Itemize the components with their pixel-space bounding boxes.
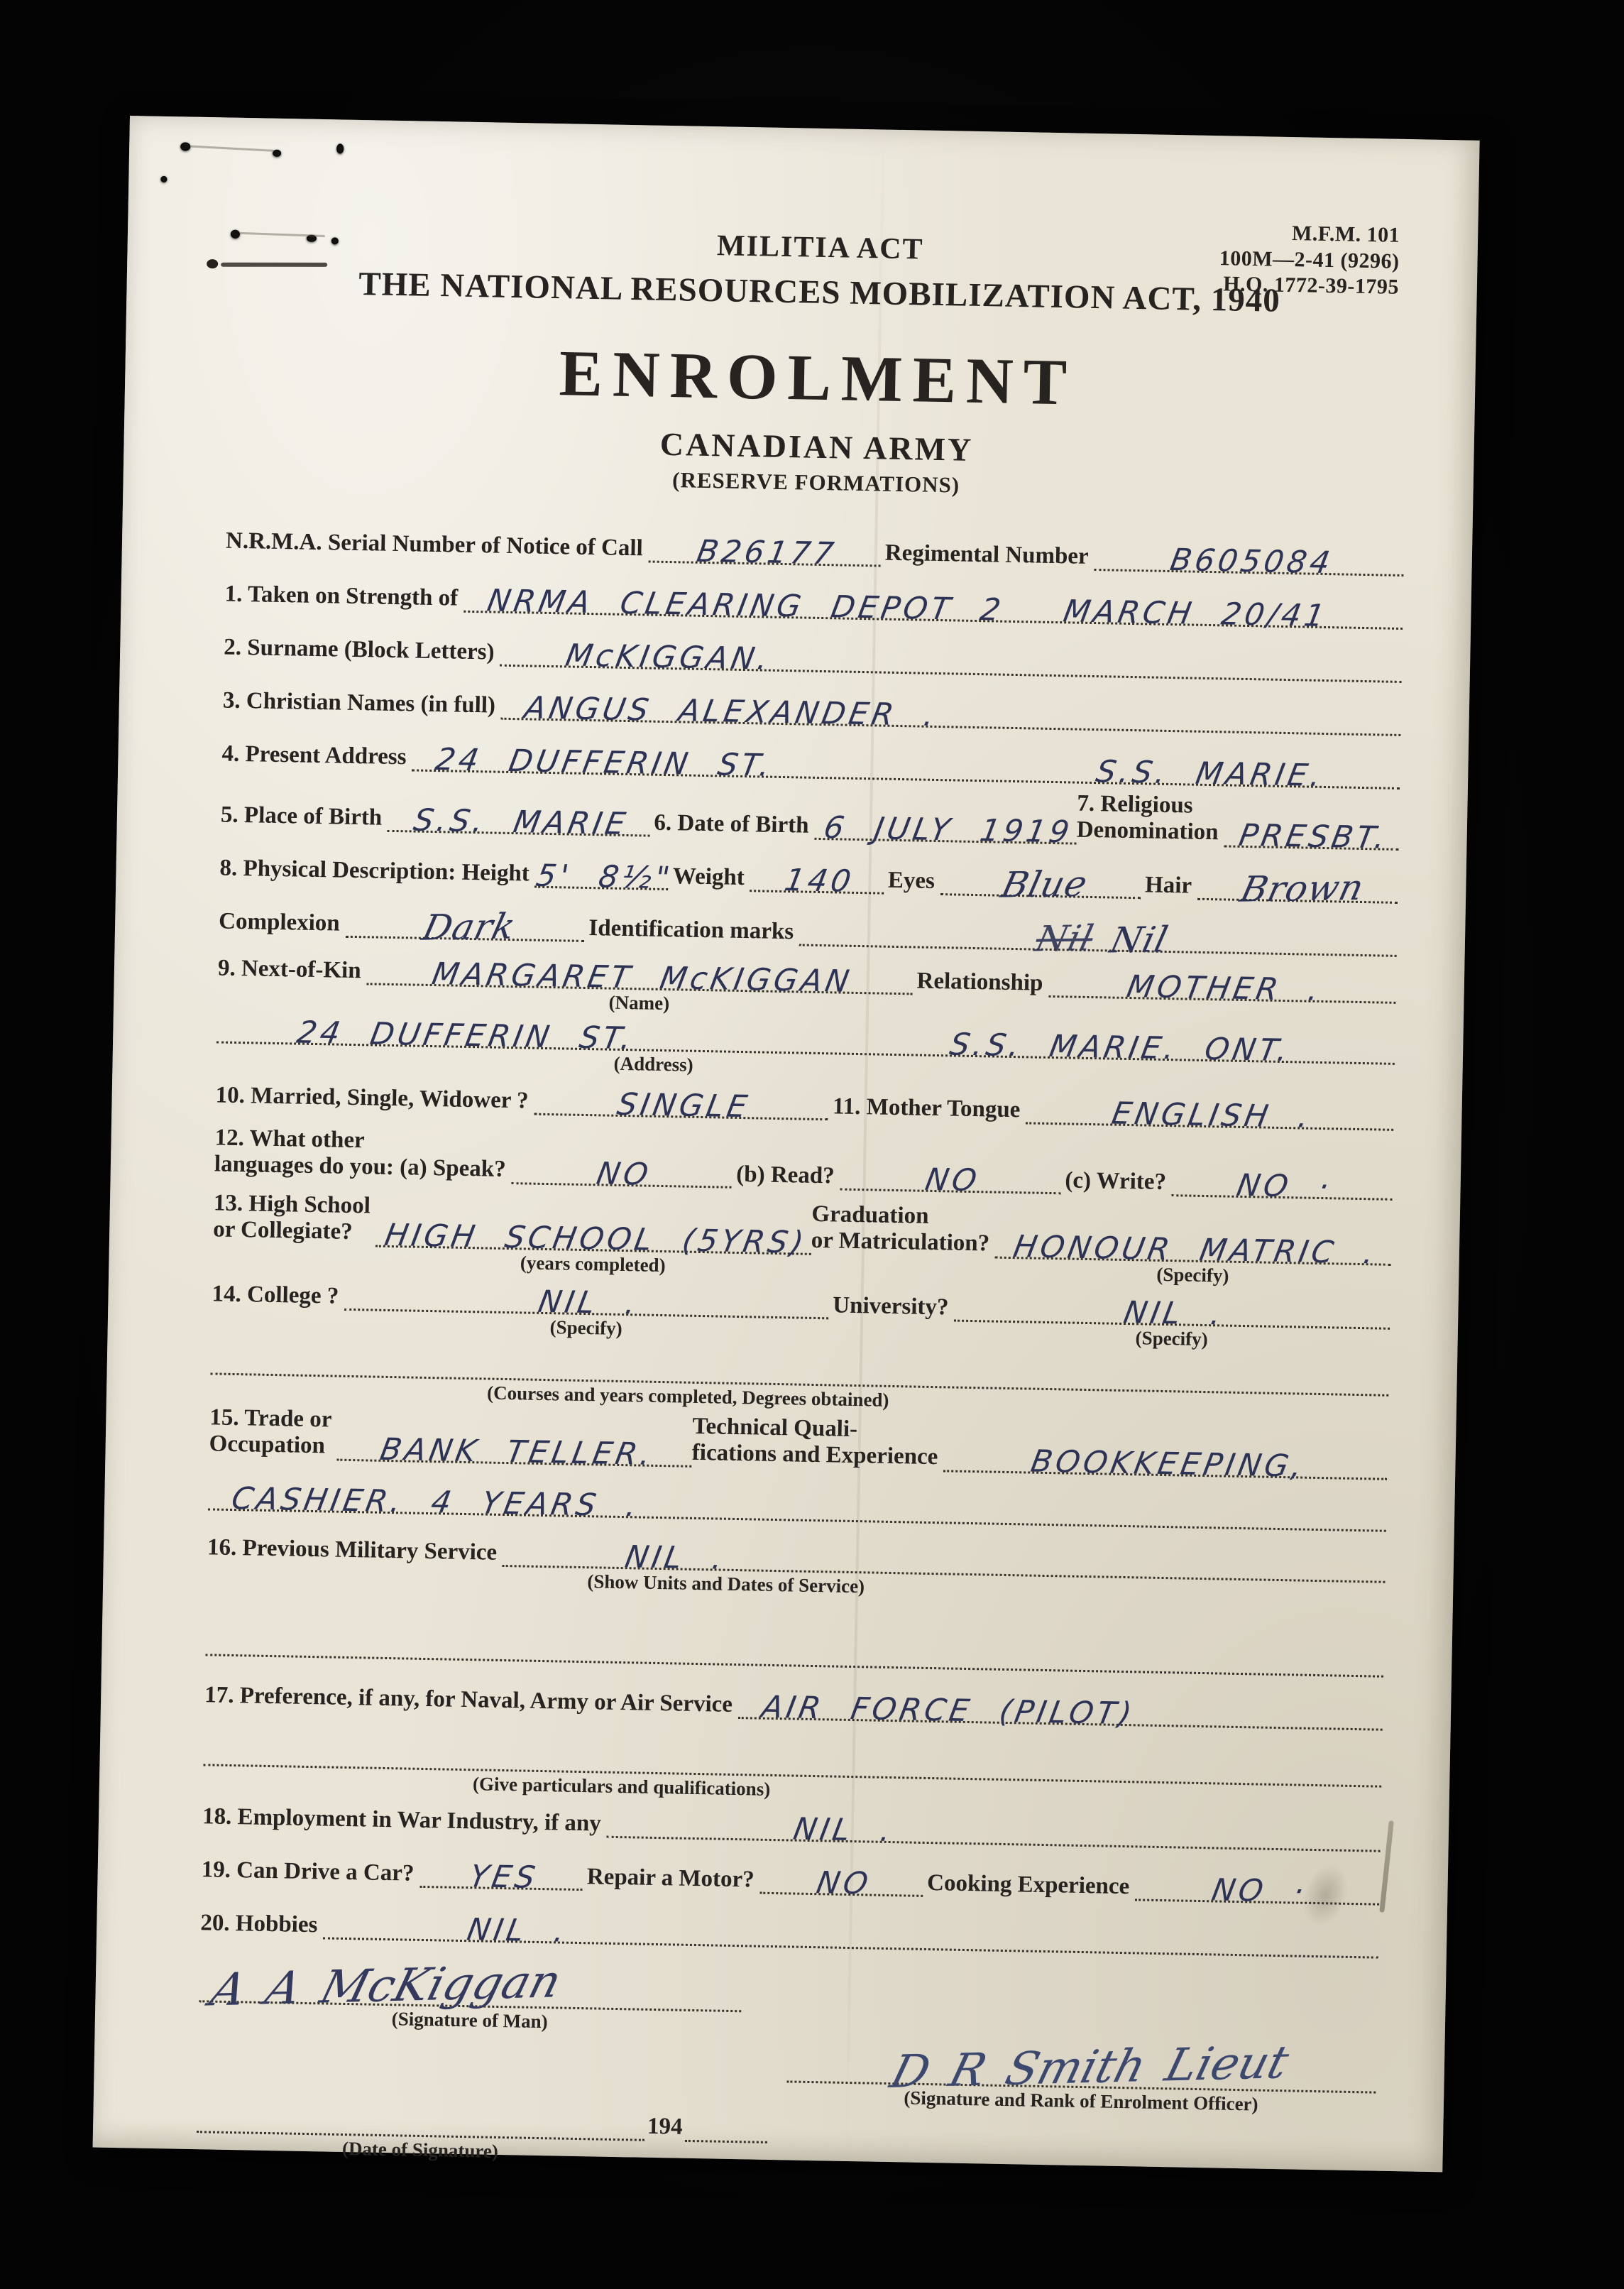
field-8-eyes-label: Eyes [884,868,941,895]
field-13-grad-label-line2: or Matriculation? [811,1228,989,1257]
field-18-label: 18. Employment in War Industry, if any [202,1804,607,1837]
field-8-weight-field: 140 [750,857,884,894]
field-3-label: 3. Christian Names (in full) [223,689,502,720]
field-15-continuation-value: CASHIER. 4 YEARS . [229,1484,642,1522]
field-20-value: NIL . [465,1915,571,1947]
blank-line-row [205,1625,1384,1677]
field-20-field: NIL . [323,1904,1379,1958]
identification-marks-field: Nil Nil [799,911,1398,956]
field-12-read-value: NO [923,1165,983,1196]
field-14-label: 14. College ? [212,1282,345,1338]
field-14-university-value: NIL . [1121,1298,1227,1330]
regimental-number-label: Regimental Number [880,541,1094,571]
complexion-label: Complexion [219,909,346,938]
field-13-school-value: HIGH SCHOOL (5YRS) [383,1220,809,1259]
field-1-unit-value: NRMA CLEARING DEPOT 2 [485,586,1006,625]
field-7-label-line2: Denomination [1076,817,1219,846]
field-19-cook-value: NO · [1209,1875,1310,1907]
field-5-field: S.S. MARIE [388,797,650,837]
date-of-signature-cell: (Date of Signature) [196,2102,644,2170]
form-code-print-run: 100M—2-41 (9296) [1219,246,1399,275]
field-13-school-field: HIGH SCHOOL (5YRS) [375,1214,811,1255]
field-8-height-value: 5' 8½" [534,861,675,894]
field-19-row: 19. Can Drive a Car? YES Repair a Motor?… [201,1849,1380,1905]
field-16-cell: NIL . (Show Units and Dates of Service) [502,1534,1386,1612]
field-14-college-value: NIL . [536,1287,642,1319]
field-15-tech-label-line1: Technical Quali- [692,1414,857,1443]
field-9-relationship-field: MOTHER . [1048,965,1396,1004]
field-19-motor-field: NO [759,1859,923,1896]
field-18-value: NIL . [791,1814,896,1846]
field-8-eyes-value: Blue [998,866,1091,903]
field-11-value: ENGLISH . [1109,1099,1315,1133]
field-14-college-cell: NIL . (Specify) [344,1278,829,1348]
field-19-cook-label: Cooking Experience [923,1871,1136,1901]
field-15-label-line2: Occupation [209,1431,325,1459]
field-2-row: 2. Surname (Block Letters) McKIGGAN. [224,627,1403,683]
field-8-label: 8. Physical Description: Height [219,856,535,888]
field-3-row: 3. Christian Names (in full) ANGUS ALEXA… [223,680,1402,736]
field-8-hair-value: Brown [1236,870,1367,907]
field-12-write-value: NO · [1234,1171,1334,1203]
field-19-motor-value: NO [814,1868,874,1899]
field-2-label: 2. Surname (Block Letters) [224,635,500,667]
date-year-suffix-cell [684,2110,768,2171]
field-15-continuation-row: CASHIER. 4 YEARS . [208,1475,1387,1531]
field-8-height-field: 5' 8½" [534,853,669,890]
field-10-label: 10. Married, Single, Widower ? [215,1083,534,1115]
next-of-kin-address-city-value: S.S. MARIE. ONT. [948,1029,1294,1066]
regimental-number-value: B605084 [1168,545,1335,579]
field-16-value: NIL . [623,1542,729,1574]
field-12-label-line2: languages do you: (a) Speak? [214,1151,506,1182]
field-8-hair-label: Hair [1141,873,1198,900]
field-9-label: 9. Next-of-Kin [217,956,367,1013]
field-7-label-line1: 7. Religious [1077,791,1193,819]
field-20-label: 20. Hobbies [200,1911,324,1939]
field-12-read-field: NO [840,1155,1061,1194]
field-16-label: 16. Previous Military Service [207,1535,503,1595]
field-9-name-field: MARGARET McKIGGAN [366,952,913,995]
field-9-relationship-label: Relationship [911,969,1048,1026]
date-year-suffix-field [685,2110,768,2143]
field-4-label: 4. Present Address [221,742,412,772]
serial-call-value: B26177 [695,537,840,569]
field-13-grad-cell: HONOUR MATRIC . (Specify) [994,1225,1391,1294]
field-13-grad-value: HONOUR MATRIC . [1011,1232,1380,1269]
form-code-hq: H.Q. 1772-39-1795 [1219,271,1399,300]
signature-man-cell: A A McKiggan (Signature of Man) [199,1962,742,2041]
field-15-tech-field: BOOKKEEPING, [943,1437,1388,1480]
field-15-continuation-field: CASHIER. 4 YEARS . [208,1475,1387,1531]
field-8-weight-value: 140 [782,865,857,897]
complexion-value: Dark [419,909,519,946]
field-15-tech-label-line2: fications and Experience [692,1440,938,1470]
serial-number-row: N.R.M.A. Serial Number of Notice of Call… [226,520,1405,577]
form-code-mfm: M.F.M. 101 [1219,219,1400,248]
date-row-spacer [767,2172,1374,2183]
field-6-label: 6. Date of Birth [649,811,815,840]
field-12-speak-value: NO [595,1159,654,1190]
form-codes: M.F.M. 101 100M—2-41 (9296) H.Q. 1772-39… [1219,219,1400,300]
field-8-hair-field: Brown [1197,865,1398,904]
field-2-field: McKIGGAN. [500,632,1402,683]
field-8-weight-label: Weight [669,864,750,892]
field-15-label: 15. Trade or Occupation [209,1404,337,1460]
identification-marks-label: Identification marks [584,916,799,946]
field-15-tech-label: Technical Quali- fications and Experienc… [691,1414,944,1472]
form-content: M.F.M. 101 100M—2-41 (9296) H.Q. 1772-39… [93,116,1480,2172]
field-9-name-value: MARGARET McKIGGAN [429,959,854,998]
field-10-value: SINGLE [615,1090,752,1122]
date-year-prefix: 194 [644,2113,686,2170]
blank-line-field [205,1625,1384,1677]
field-15-tech-value: BOOKKEEPING, [1028,1446,1307,1482]
field-1-field: NRMA CLEARING DEPOT 2 MARCH 20/41 [463,578,1403,630]
field-15-label-line1: 15. Trade or [209,1404,332,1433]
field-13-school-cell: HIGH SCHOOL (5YRS) (years completed) [375,1214,811,1283]
field-3-field: ANGUS ALEXANDER . [501,685,1402,736]
field-8-eyes-field: Blue [940,861,1141,899]
field-7-label: 7. Religious Denomination [1076,791,1224,848]
field-16-row: 16. Previous Military Service NIL . (Sho… [207,1529,1386,1611]
field-19-motor-label: Repair a Motor? [583,1864,760,1894]
scan-background: M.F.M. 101 100M—2-41 (9296) H.Q. 1772-39… [0,0,1624,2289]
field-13-label-line2: or Collegiate? [213,1216,353,1245]
field-11-label: 11. Mother Tongue [828,1095,1026,1125]
field-4-city-value: S.S. MARIE. [1094,757,1327,792]
field-1-row: 1. Taken on Strength of NRMA CLEARING DE… [224,574,1403,630]
field-12-read-label: (b) Read? [732,1162,840,1190]
field-9-relationship-value: MOTHER . [1125,972,1324,1006]
enrolment-form-paper: M.F.M. 101 100M—2-41 (9296) H.Q. 1772-39… [93,116,1480,2172]
signature-officer-cell: D R Smith Lieut (Signature and Rank of E… [786,2043,1377,2121]
field-7-field: PRESBT. [1224,812,1399,851]
field-5-value: S.S. MARIE [411,805,630,839]
identification-marks-struck-value: Nil [1033,920,1097,956]
date-year-suffix-caption-spacer [684,2141,767,2171]
field-19-label: 19. Can Drive a Car? [201,1857,419,1887]
field-13-label-line1: 13. High School [214,1190,371,1219]
form-title: ENROLMENT [229,329,1408,426]
field-4-street-value: 24 DUFFERIN ST. [433,745,776,782]
signature-officer-value: D R Smith Lieut [886,2040,1293,2094]
field-17-value: AIR FORCE (PILOT) [759,1692,1137,1729]
field-6-field: 6 JULY 1919 [814,805,1077,845]
field-17-label: 17. Preference, if any, for Naval, Army … [204,1683,738,1718]
field-12-write-field: NO · [1172,1162,1393,1201]
field-12-write-label: (c) Write? [1060,1168,1172,1196]
field-14-university-label: University? [828,1293,955,1350]
field-1-date-value: MARCH 20/41 [1061,596,1330,632]
field-5-label: 5. Place of Birth [221,803,388,832]
field-13-grad-label: Graduation or Matriculation? [811,1201,997,1287]
field-13-grad-label-line1: Graduation [811,1201,929,1230]
field-14-university-cell: NIL . (Specify) [953,1289,1390,1357]
field-15-occupation-field: BANK TELLER. [336,1426,692,1467]
serial-call-label: N.R.M.A. Serial Number of Notice of Call [226,529,649,563]
field-17-field: AIR FORCE (PILOT) [738,1684,1383,1731]
field-3-value: ANGUS ALEXANDER . [522,693,940,731]
identification-marks-value: Nil [1107,922,1172,958]
field-19-drive-value: YES [467,1862,540,1894]
field-9-name-cell: MARGARET McKIGGAN (Name) [366,952,913,1023]
field-2-value: McKIGGAN. [564,640,774,674]
field-7-value: PRESBT. [1236,821,1390,854]
regimental-number-field: B605084 [1094,536,1404,577]
field-19-cook-field: NO · [1135,1866,1380,1905]
field-8-row: 8. Physical Description: Height 5' 8½" W… [219,847,1398,903]
field-12-label: 12. What other languages do you: (a) Spe… [214,1125,512,1184]
field-13-grad-field: HONOUR MATRIC . [995,1225,1392,1265]
field-19-drive-field: YES [419,1853,583,1891]
signature-man-field: A A McKiggan [199,1962,741,2012]
field-17-row: 17. Preference, if any, for Naval, Army … [204,1674,1383,1730]
field-12-row: 12. What other languages do you: (a) Spe… [214,1125,1393,1200]
complexion-row: Complexion Dark Identification marks Nil… [219,900,1398,956]
field-1-label: 1. Taken on Strength of [224,582,463,613]
field-12-label-line1: 12. What other [214,1125,365,1154]
complexion-field: Dark [345,903,585,942]
field-15-occupation-value: BANK TELLER. [378,1434,657,1470]
field-11-field: ENGLISH . [1026,1089,1394,1130]
signature-man-value: A A McKiggan [206,1959,566,2013]
next-of-kin-address-street-value: 24 DUFFERIN ST. [295,1018,637,1055]
field-9-relationship-cell: MOTHER . [1048,965,1396,1032]
field-13-label: 13. High School or Collegiate? [212,1190,376,1275]
field-10-field: SINGLE [534,1081,828,1121]
serial-call-field: B26177 [648,528,881,567]
field-20-row: 20. Hobbies NIL . [200,1902,1379,1958]
field-6-value: 6 JULY 1919 [821,813,1075,848]
field-12-speak-field: NO [511,1149,733,1189]
